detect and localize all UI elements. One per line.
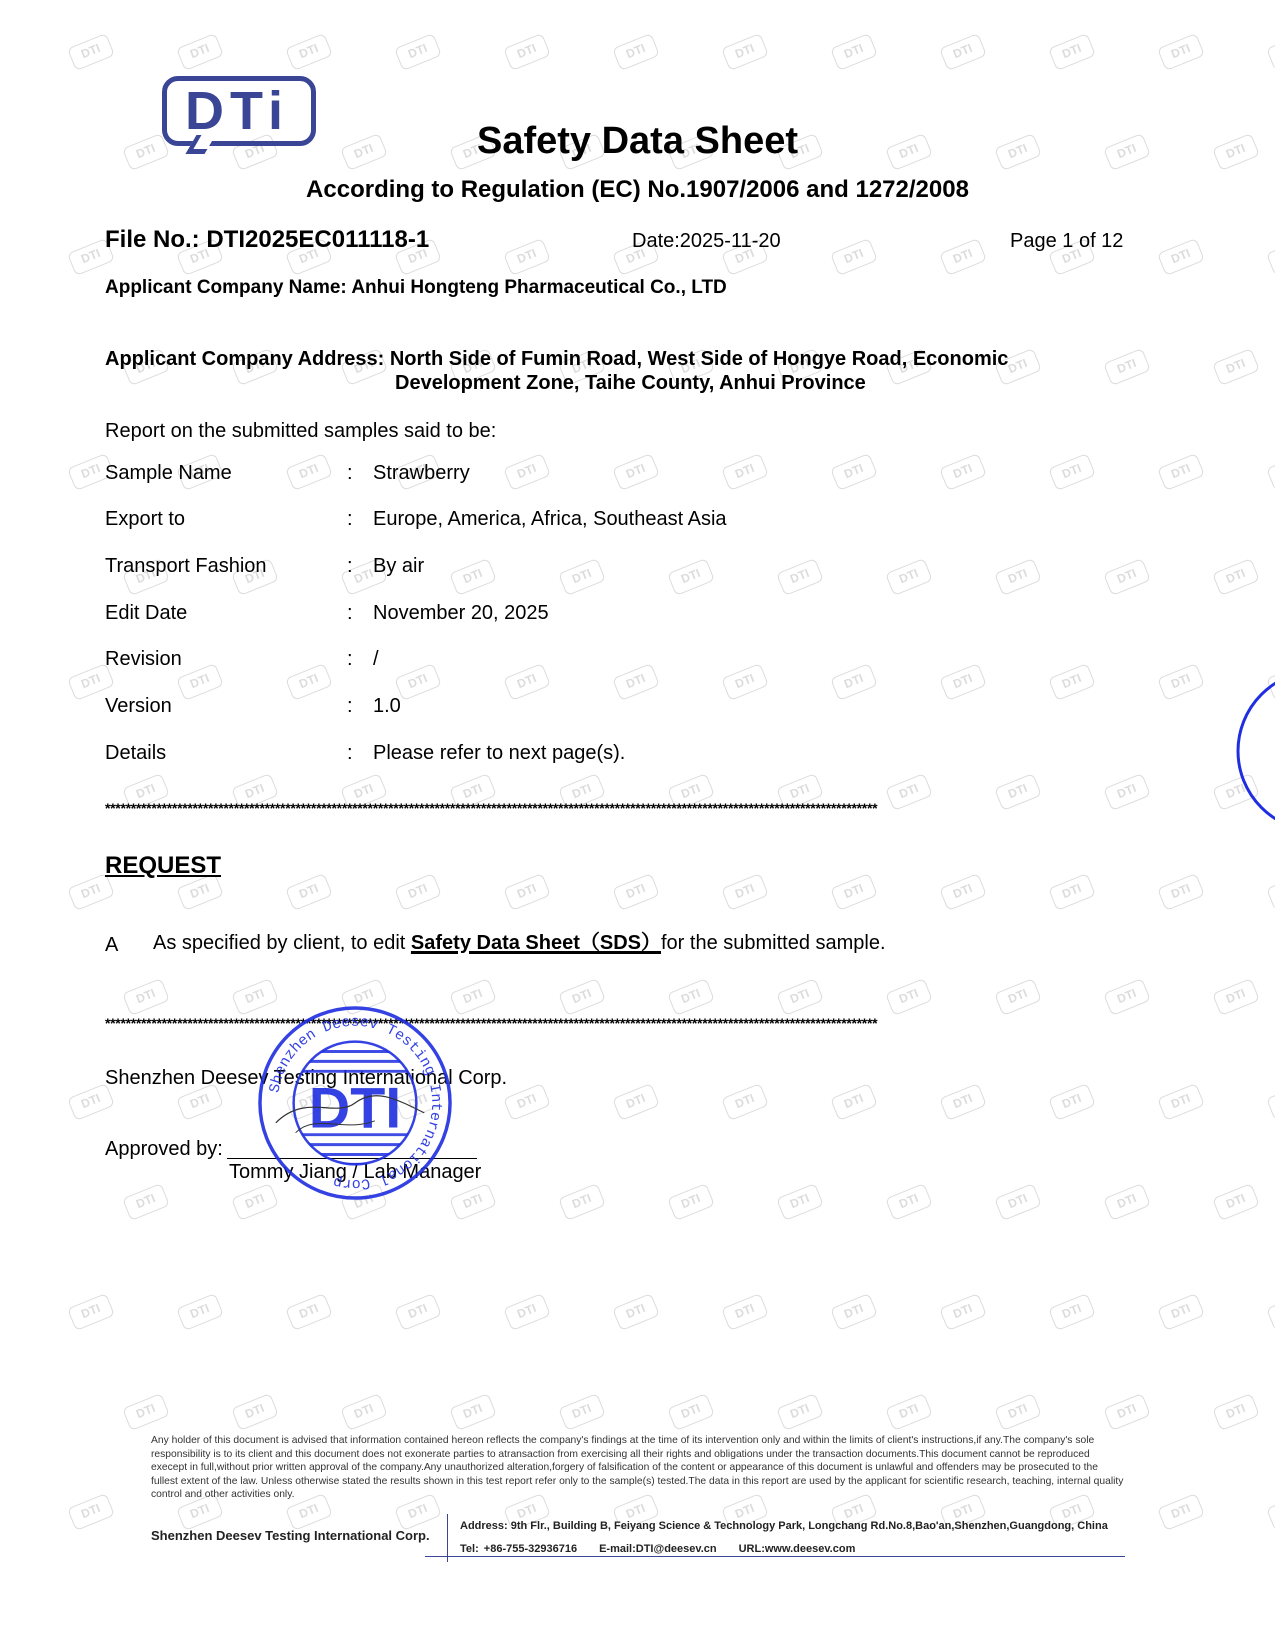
field-colon: : <box>347 508 353 531</box>
watermark-icon: DTI <box>394 873 442 911</box>
watermark-icon: DTI <box>503 453 551 491</box>
watermark-icon: DTI <box>994 1393 1042 1431</box>
watermark-icon: DTI <box>503 33 551 71</box>
watermark-icon: DTI <box>994 1183 1042 1221</box>
watermark-icon: DTI <box>1103 558 1151 596</box>
watermark-icon: DTI <box>1266 453 1275 491</box>
field-colon: : <box>347 555 353 578</box>
watermark-icon: DTI <box>830 663 878 701</box>
watermark-icon: DTI <box>503 1083 551 1121</box>
watermark-icon: DTI <box>939 663 987 701</box>
footer-divider-horizontal <box>425 1556 1125 1557</box>
partial-stamp-icon: nzhen Dees <box>1228 676 1275 826</box>
request-text-before: As specified by client, to edit <box>153 932 411 954</box>
watermark-icon: DTI <box>1266 238 1275 276</box>
report-intro: Report on the submitted samples said to … <box>105 420 496 443</box>
watermark-icon: DTI <box>67 1493 115 1531</box>
field-value: November 20, 2025 <box>373 602 549 625</box>
watermark-icon: DTI <box>721 453 769 491</box>
watermark-icon: DTI <box>176 663 224 701</box>
watermark-icon: DTI <box>1048 873 1096 911</box>
watermark-icon: DTI <box>667 1393 715 1431</box>
watermark-icon: DTI <box>1266 1493 1275 1531</box>
watermark-icon: DTI <box>885 558 933 596</box>
legal-disclaimer: Any holder of this document is advised t… <box>151 1434 1125 1502</box>
request-item-letter: A <box>105 934 118 957</box>
watermark-icon: DTI <box>1212 1183 1260 1221</box>
watermark-icon: DTI <box>394 33 442 71</box>
footer-email[interactable]: E-mail:DTI@deesev.cn <box>599 1543 717 1555</box>
field-label: Details <box>105 742 166 765</box>
page-indicator: Page 1 of 12 <box>1010 230 1123 253</box>
watermark-icon: DTI <box>939 238 987 276</box>
watermark-icon: DTI <box>1266 1293 1275 1331</box>
watermark-icon: DTI <box>1103 1393 1151 1431</box>
watermark-icon: DTI <box>776 978 824 1016</box>
footer-contact: Tel: +86-755-32936716E-mail:DTI@deesev.c… <box>460 1543 877 1555</box>
field-colon: : <box>347 648 353 671</box>
watermark-icon: DTI <box>612 663 660 701</box>
field-colon: : <box>347 742 353 765</box>
watermark-icon: DTI <box>721 33 769 71</box>
watermark-icon: DTI <box>1157 1083 1205 1121</box>
watermark-icon: DTI <box>939 33 987 71</box>
field-value: Please refer to next page(s). <box>373 742 625 765</box>
watermark-icon: DTI <box>612 873 660 911</box>
watermark-icon: DTI <box>776 1393 824 1431</box>
watermark-icon: DTI <box>285 33 333 71</box>
watermark-icon: DTI <box>830 238 878 276</box>
watermark-icon: DTI <box>1103 1183 1151 1221</box>
watermark-icon: DTI <box>449 1393 497 1431</box>
watermark-icon: DTI <box>394 1293 442 1331</box>
watermark-icon: DTI <box>394 663 442 701</box>
approved-by-label: Approved by: <box>105 1138 223 1161</box>
footer-divider-vertical <box>447 1514 448 1562</box>
watermark-icon: DTI <box>612 33 660 71</box>
watermark-icon: DTI <box>1157 33 1205 71</box>
watermark-icon: DTI <box>612 453 660 491</box>
watermark-icon: DTI <box>885 1183 933 1221</box>
report-date: Date:2025-11-20 <box>632 230 781 253</box>
watermark-icon: DTI <box>122 1183 170 1221</box>
watermark-icon: DTI <box>340 1393 388 1431</box>
watermark-icon: DTI <box>1048 453 1096 491</box>
watermark-icon: DTI <box>612 1083 660 1121</box>
watermark-icon: DTI <box>1157 453 1205 491</box>
watermark-icon: DTI <box>1157 873 1205 911</box>
watermark-icon: DTI <box>830 1083 878 1121</box>
footer-address: Address: 9th Flr., Building B, Feiyang S… <box>460 1520 1108 1532</box>
watermark-icon: DTI <box>830 453 878 491</box>
field-label: Sample Name <box>105 462 232 485</box>
company-stamp-icon: DTI Shenzhen Deesev Testing Internationa… <box>256 1004 454 1202</box>
watermark-icon: DTI <box>721 663 769 701</box>
watermark-icon: DTI <box>122 978 170 1016</box>
watermark-icon: DTI <box>721 1083 769 1121</box>
watermark-icon: DTI <box>285 453 333 491</box>
watermark-icon: DTI <box>1266 873 1275 911</box>
field-label: Edit Date <box>105 602 187 625</box>
regulation-subtitle: According to Regulation (EC) No.1907/200… <box>0 176 1275 204</box>
field-value: Strawberry <box>373 462 470 485</box>
watermark-icon: DTI <box>939 1293 987 1331</box>
footer-corp-name: Shenzhen Deesev Testing International Co… <box>151 1528 430 1543</box>
watermark-icon: DTI <box>830 1293 878 1331</box>
watermark-icon: DTI <box>449 558 497 596</box>
watermark-icon: DTI <box>939 873 987 911</box>
watermark-icon: DTI <box>776 1183 824 1221</box>
watermark-icon: DTI <box>503 238 551 276</box>
watermark-icon: DTI <box>830 873 878 911</box>
watermark-icon: DTI <box>503 873 551 911</box>
watermark-icon: DTI <box>449 1183 497 1221</box>
field-colon: : <box>347 695 353 718</box>
field-value: By air <box>373 555 424 578</box>
watermark-icon: DTI <box>503 663 551 701</box>
applicant-address-line1: Applicant Company Address: North Side of… <box>105 348 1008 371</box>
watermark-icon: DTI <box>1212 558 1260 596</box>
watermark-icon: DTI <box>939 1083 987 1121</box>
watermark-icon: DTI <box>285 1293 333 1331</box>
watermark-icon: DTI <box>285 663 333 701</box>
applicant-company-name: Applicant Company Name: Anhui Hongteng P… <box>105 277 727 299</box>
request-item-text: As specified by client, to edit Safety D… <box>153 926 886 955</box>
watermark-icon: DTI <box>176 1293 224 1331</box>
watermark-icon: DTI <box>1157 663 1205 701</box>
watermark-icon: DTI <box>1157 1493 1205 1531</box>
watermark-icon: DTI <box>1266 1083 1275 1121</box>
field-label: Revision <box>105 648 182 671</box>
watermark-icon: DTI <box>667 558 715 596</box>
watermark-icon: DTI <box>667 1183 715 1221</box>
watermark-icon: DTI <box>939 453 987 491</box>
watermark-icon: DTI <box>558 1183 606 1221</box>
watermark-icon: DTI <box>721 1293 769 1331</box>
request-heading: REQUEST <box>105 852 221 880</box>
watermark-icon: DTI <box>285 873 333 911</box>
request-text-after: for the submitted sample. <box>661 932 886 954</box>
request-text-bold: Safety Data Sheet（SDS） <box>411 932 661 954</box>
watermark-icon: DTI <box>994 558 1042 596</box>
applicant-address-line2: Development Zone, Taihe County, Anhui Pr… <box>395 372 866 395</box>
watermark-icon: DTI <box>558 978 606 1016</box>
field-label: Version <box>105 695 172 718</box>
watermark-icon: DTI <box>1048 1293 1096 1331</box>
watermark-icon: DTI <box>1103 978 1151 1016</box>
watermark-icon: DTI <box>612 1293 660 1331</box>
file-number: File No.: DTI2025EC011118-1 <box>105 226 429 254</box>
watermark-icon: DTI <box>449 978 497 1016</box>
footer-tel: Tel: +86-755-32936716 <box>460 1543 577 1555</box>
watermark-icon: DTI <box>1266 33 1275 71</box>
watermark-icon: DTI <box>885 978 933 1016</box>
field-label: Export to <box>105 508 185 531</box>
watermark-icon: DTI <box>558 1393 606 1431</box>
field-value: Europe, America, Africa, Southeast Asia <box>373 508 727 531</box>
watermark-icon: DTI <box>1048 663 1096 701</box>
watermark-icon: DTI <box>558 558 606 596</box>
separator-stars-1: ****************************************… <box>105 800 1161 816</box>
watermark-icon: DTI <box>122 1393 170 1431</box>
watermark-icon: DTI <box>1212 348 1260 386</box>
watermark-icon: DTI <box>776 558 824 596</box>
watermark-icon: DTI <box>67 33 115 71</box>
field-label: Transport Fashion <box>105 555 267 578</box>
watermark-icon: DTI <box>885 1393 933 1431</box>
watermark-icon: DTI <box>231 1393 279 1431</box>
field-value: 1.0 <box>373 695 401 718</box>
watermark-icon: DTI <box>1048 33 1096 71</box>
watermark-icon: DTI <box>667 978 715 1016</box>
watermark-icon: DTI <box>1048 1083 1096 1121</box>
watermark-icon: DTI <box>994 978 1042 1016</box>
watermark-icon: DTI <box>176 33 224 71</box>
watermark-icon: DTI <box>1212 1393 1260 1431</box>
field-colon: : <box>347 462 353 485</box>
watermark-icon: DTI <box>503 1293 551 1331</box>
field-value: / <box>373 648 379 671</box>
watermark-icon: DTI <box>1212 978 1260 1016</box>
watermark-icon: DTI <box>1157 238 1205 276</box>
watermark-icon: DTI <box>1157 1293 1205 1331</box>
footer-url[interactable]: URL:www.deesev.com <box>739 1543 856 1555</box>
watermark-icon: DTI <box>830 33 878 71</box>
svg-text:DTI: DTI <box>309 1077 401 1141</box>
watermark-icon: DTI <box>67 1293 115 1331</box>
watermark-icon: DTI <box>1103 348 1151 386</box>
watermark-icon: DTI <box>721 873 769 911</box>
document-title: Safety Data Sheet <box>0 120 1275 163</box>
field-colon: : <box>347 602 353 625</box>
